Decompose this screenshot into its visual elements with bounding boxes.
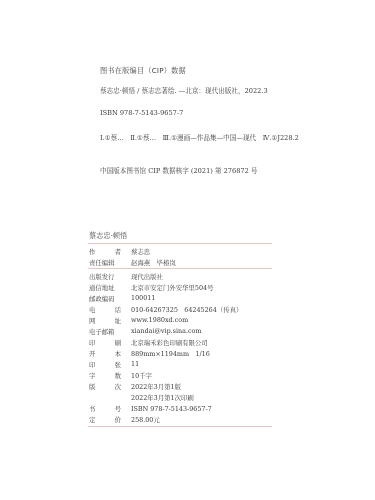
label-char: 刷 bbox=[115, 338, 121, 347]
label-char: 开 bbox=[89, 349, 95, 358]
colophon-row: 网址www.1980xd.com bbox=[89, 315, 188, 325]
cip-isbn: ISBN 978-7-5143-9657-7 bbox=[100, 109, 183, 117]
row-label: 印刷 bbox=[89, 338, 121, 347]
author-value: 蔡志忠 bbox=[131, 247, 150, 256]
label-char: 号 bbox=[115, 404, 121, 413]
label-char: 印 bbox=[89, 338, 95, 347]
row-label: 网址 bbox=[89, 316, 121, 325]
colophon-row: 版次2022年3月第1版 bbox=[89, 382, 181, 392]
divider-top bbox=[88, 243, 272, 244]
row-label: 字数 bbox=[89, 371, 121, 380]
row-label: 通信地址 bbox=[89, 283, 131, 292]
label-char: 电 bbox=[89, 305, 95, 314]
book-title: 蔡志忠·顿悟 bbox=[89, 231, 127, 241]
row-label: 电子邮箱 bbox=[89, 327, 131, 336]
row-label: 电话 bbox=[89, 305, 121, 314]
cip-heading: 图书在版编目（CIP）数据 bbox=[100, 66, 186, 76]
row-label: 印张 bbox=[89, 360, 121, 369]
colophon-row: 印刷北京瑞禾彩色印刷有限公司 bbox=[89, 337, 208, 347]
row-value: 11 bbox=[131, 360, 139, 368]
label-char: 价 bbox=[115, 415, 121, 424]
cip-record-number: 中国版本图书馆 CIP 数据核字 (2021) 第 276872 号 bbox=[100, 165, 257, 175]
cip-bibliographic-line: 蔡志忠·顿悟 / 蔡志忠著绘. —北京：现代出版社，2022.3 bbox=[89, 86, 299, 96]
editors-row: 责任编辑 赵海燕 毕椿岚 bbox=[89, 257, 176, 267]
label-char: 书 bbox=[89, 404, 95, 413]
colophon-row: 定价258.00元 bbox=[89, 415, 160, 425]
row-label: 邮政编码 bbox=[89, 294, 131, 303]
colophon-row: 通信地址北京市安定门外安华里504号 bbox=[89, 282, 214, 292]
row-label: 版次 bbox=[89, 382, 121, 391]
label-char: 址 bbox=[115, 316, 121, 325]
label-char: 印 bbox=[89, 360, 95, 369]
row-value: 北京市安定门外安华里504号 bbox=[131, 283, 214, 292]
row-value: 010-64267325 64245264（传真） bbox=[131, 305, 242, 314]
colophon-row: 字数10千字 bbox=[89, 370, 152, 380]
label-char: 次 bbox=[115, 382, 121, 391]
label-char: 定 bbox=[89, 415, 95, 424]
label-char: 话 bbox=[115, 305, 121, 314]
label-char: 数 bbox=[115, 371, 121, 380]
row-value: xiandai@vip.sina.com bbox=[131, 327, 201, 335]
label-char: 网 bbox=[89, 316, 95, 325]
author-label: 作 者 bbox=[89, 247, 121, 256]
row-label: 书号 bbox=[89, 404, 121, 413]
row-value: 889mm×1194mm 1/16 bbox=[131, 349, 210, 358]
row-label: 定价 bbox=[89, 415, 121, 424]
row-value: 2022年3月第1版 bbox=[131, 382, 181, 391]
label-char: 张 bbox=[115, 360, 121, 369]
cip-classification: Ⅰ.①蔡… Ⅱ.①蔡… Ⅲ.①漫画—作品集—中国—现代 Ⅳ.①J228.2 bbox=[89, 133, 299, 143]
editors-value: 赵海燕 毕椿岚 bbox=[131, 258, 176, 267]
divider-middle bbox=[88, 268, 272, 269]
label-char: 作 bbox=[89, 247, 95, 256]
label-char: 版 bbox=[89, 382, 95, 391]
row-value: 10千字 bbox=[131, 371, 152, 380]
colophon-row: 出版发行现代出版社 bbox=[89, 271, 163, 281]
row-value: 2022年3月第1次印刷 bbox=[131, 393, 194, 402]
colophon-row: 开本889mm×1194mm 1/16 bbox=[89, 348, 210, 358]
colophon-row: 2022年3月第1次印刷 bbox=[89, 393, 194, 403]
colophon-row: 电子邮箱xiandai@vip.sina.com bbox=[89, 326, 201, 336]
author-row: 作 者 蔡志忠 bbox=[89, 246, 150, 256]
colophon-row: 邮政编码100011 bbox=[89, 293, 155, 303]
row-label: 出版发行 bbox=[89, 272, 131, 281]
row-value: 100011 bbox=[131, 294, 155, 302]
divider-bottom bbox=[88, 426, 272, 427]
label-char: 本 bbox=[115, 349, 121, 358]
colophon-row: 印张11 bbox=[89, 359, 139, 369]
label-char: 者 bbox=[115, 247, 121, 256]
row-value: 现代出版社 bbox=[131, 272, 163, 281]
row-value: ISBN 978-7-5143-9657-7 bbox=[131, 405, 212, 413]
row-label: 开本 bbox=[89, 349, 121, 358]
row-value: 北京瑞禾彩色印刷有限公司 bbox=[131, 338, 208, 347]
row-value: www.1980xd.com bbox=[131, 316, 188, 324]
editors-label: 责任编辑 bbox=[89, 258, 131, 267]
colophon-row: 书号ISBN 978-7-5143-9657-7 bbox=[89, 404, 212, 414]
row-value: 258.00元 bbox=[131, 415, 160, 424]
label-char: 字 bbox=[89, 371, 95, 380]
colophon-row: 电话010-64267325 64245264（传真） bbox=[89, 304, 242, 314]
